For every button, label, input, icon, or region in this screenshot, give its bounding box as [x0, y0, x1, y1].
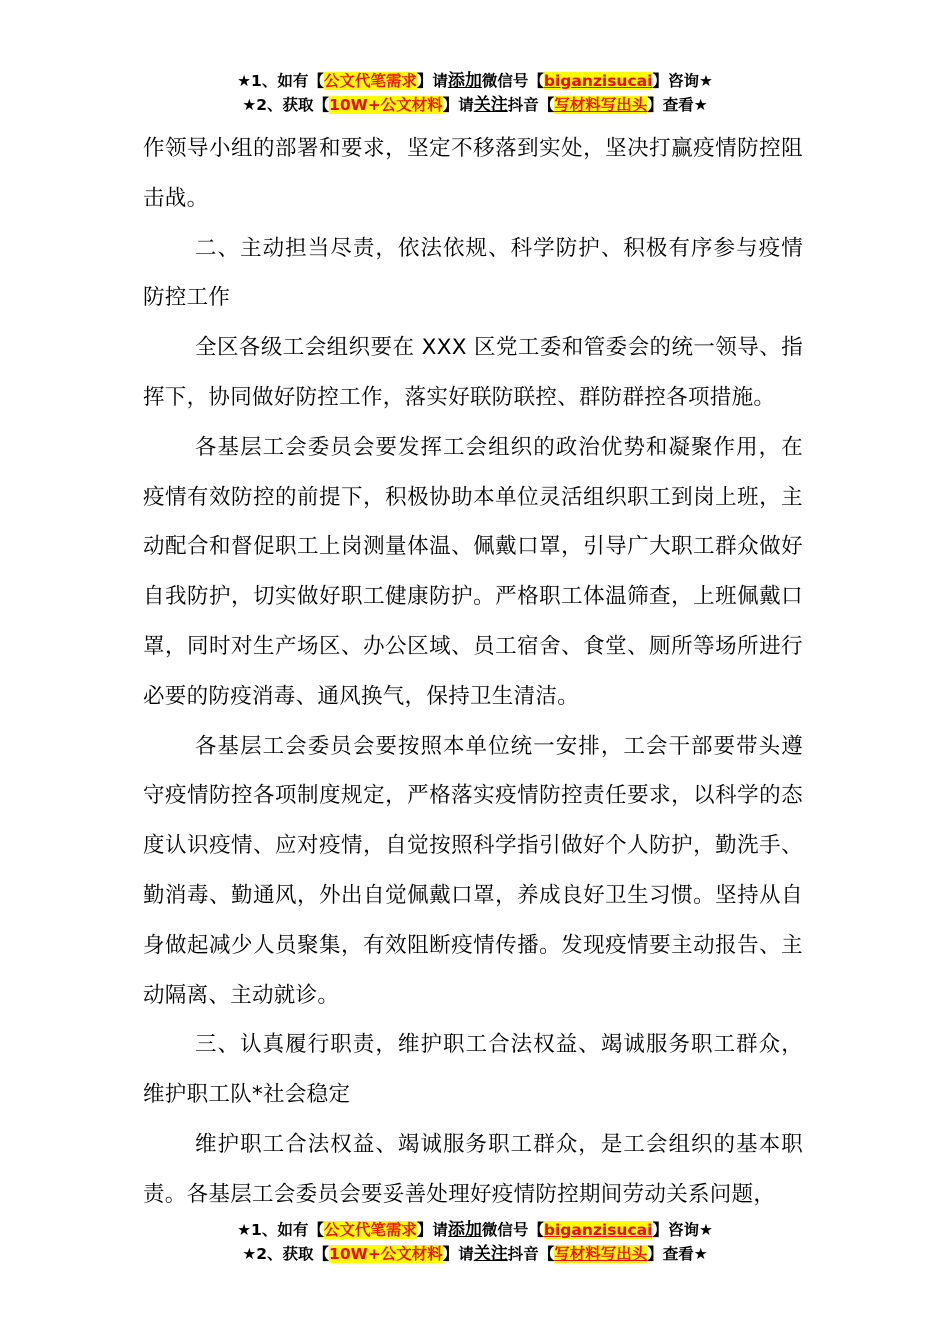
banner-text: 】请 [443, 96, 474, 114]
banner-line-1: ★1、如有【公文代笔需求】请添加微信号【biganzisucai】咨询★ [0, 1218, 950, 1242]
banner-text: 抖音【 [508, 96, 555, 114]
banner-line-2: ★2、获取【10W+公文材料】请关注抖音【写材料写出头】查看★ [0, 1242, 950, 1266]
douyin-account: 写材料写出头 [554, 96, 647, 114]
banner-text: 微信号【 [482, 72, 544, 90]
banner-text: 抖音【 [508, 1245, 555, 1263]
paragraph: 各基层工会委员会要按照本单位统一安排，工会干部要带头遵守疫情防控各项制度规定，严… [143, 722, 803, 1021]
emphasis-text: 关注 [474, 1244, 508, 1264]
banner-text: ★2、获取【 [242, 96, 329, 114]
highlight-text: 10W+公文材料 [329, 96, 443, 114]
douyin-account: 写材料写出头 [554, 1245, 647, 1263]
emphasis-text: 关注 [474, 95, 508, 115]
paragraph: 维护职工合法权益、竭诚服务职工群众，是工会组织的基本职责。各基层工会委员会要妥善… [143, 1120, 803, 1220]
wechat-id: biganzisucai [544, 72, 653, 90]
banner-text: 微信号【 [482, 1221, 544, 1239]
paragraph: 全区各级工会组织要在 XXX 区党工委和管委会的统一领导、指挥下，协同做好防控工… [143, 323, 803, 423]
banner-text: 】查看★ [647, 96, 707, 114]
highlight-text: 10W+公文材料 [329, 1245, 443, 1263]
footer-banner: ★1、如有【公文代笔需求】请添加微信号【biganzisucai】咨询★ ★2、… [0, 1218, 950, 1266]
banner-line-2: ★2、获取【10W+公文材料】请关注抖音【写材料写出头】查看★ [0, 93, 950, 117]
banner-text: 】请 [443, 1245, 474, 1263]
banner-text: ★1、如有【 [237, 72, 324, 90]
banner-text: 】请 [417, 1221, 448, 1239]
section-heading-2: 二、主动担当尽责，依法依规、科学防护、积极有序参与疫情防控工作 [143, 224, 803, 324]
emphasis-text: 添加 [448, 71, 482, 91]
banner-text: 】咨询★ [652, 1221, 712, 1239]
emphasis-text: 添加 [448, 1220, 482, 1240]
banner-text: 】咨询★ [652, 72, 712, 90]
section-heading-3: 三、认真履行职责，维护职工合法权益、竭诚服务职工群众，维护职工队*社会稳定 [143, 1020, 803, 1120]
paragraph: 各基层工会委员会要发挥工会组织的政治优势和凝聚作用，在疫情有效防控的前提下，积极… [143, 423, 803, 722]
paragraph-continuation: 作领导小组的部署和要求，坚定不移落到实处，坚决打赢疫情防控阻击战。 [143, 124, 803, 224]
wechat-id: biganzisucai [544, 1221, 653, 1239]
banner-text: ★2、获取【 [242, 1245, 329, 1263]
document-body: 作领导小组的部署和要求，坚定不移落到实处，坚决打赢疫情防控阻击战。 二、主动担当… [143, 124, 803, 1220]
banner-text: 】请 [417, 72, 448, 90]
highlight-text: 公文代笔需求 [324, 72, 417, 90]
banner-text: ★1、如有【 [237, 1221, 324, 1239]
highlight-text: 公文代笔需求 [324, 1221, 417, 1239]
banner-line-1: ★1、如有【公文代笔需求】请添加微信号【biganzisucai】咨询★ [0, 69, 950, 93]
header-banner: ★1、如有【公文代笔需求】请添加微信号【biganzisucai】咨询★ ★2、… [0, 69, 950, 117]
banner-text: 】查看★ [647, 1245, 707, 1263]
